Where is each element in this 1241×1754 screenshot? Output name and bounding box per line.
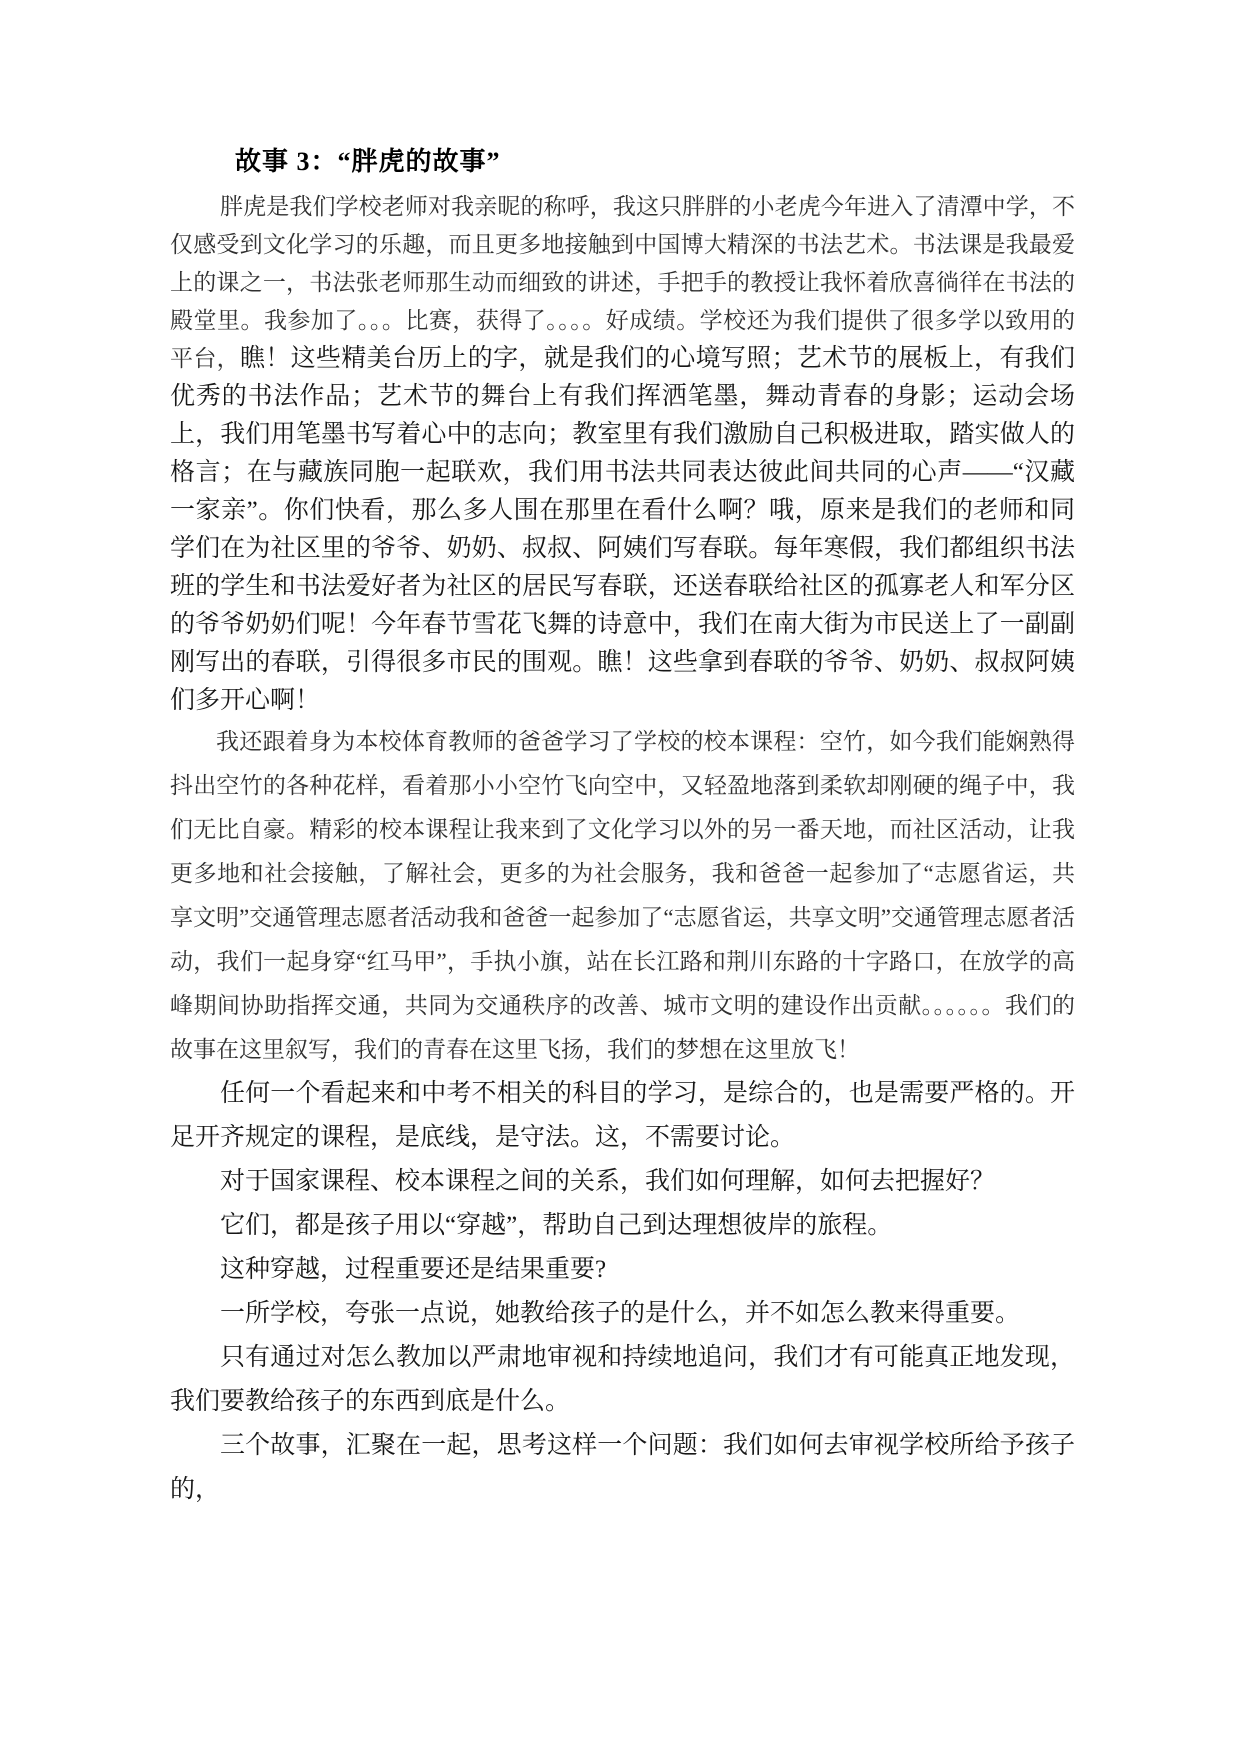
paragraph-question-relation: 对于国家课程、校本课程之间的关系，我们如何理解，如何去把握好？ <box>170 1160 1075 1204</box>
paragraph-kongzhu: 我还跟着身为本校体育教师的爸爸学习了学校的校本课程：空竹，如今我们能娴熟得抖出空… <box>170 720 1075 1072</box>
paragraph-process-or-result: 这种穿越，过程重要还是结果重要? <box>170 1248 1075 1292</box>
paragraph-chuanyue: 它们，都是孩子用以“穿越”，帮助自己到达理想彼岸的旅程。 <box>170 1204 1075 1248</box>
paragraph-examine: 只有通过对怎么教加以严肃地审视和持续地追问，我们才有可能真正地发现，我们要教给孩… <box>170 1336 1075 1424</box>
document-page: 故事 3：“胖虎的故事” 胖虎是我们学校老师对我亲昵的称呼，我这只胖胖的小老虎今… <box>0 0 1241 1754</box>
paragraph-curriculum-baseline: 任何一个看起来和中考不相关的科目的学习，是综合的，也是需要严格的。开足开齐规定的… <box>170 1072 1075 1160</box>
paragraph-story3-body: 胖虎是我们学校老师对我亲昵的称呼，我这只胖胖的小老虎今年进入了清潭中学，不仅感受… <box>170 188 1075 720</box>
paragraph-three-stories: 三个故事，汇聚在一起，思考这样一个问题：我们如何去审视学校所给予孩子的， <box>170 1424 1075 1512</box>
document-title: 故事 3：“胖虎的故事” <box>170 146 1075 178</box>
story3-songti-segment: 瞧！这些精美台历上的字，就是我们的心境写照；艺术节的展板上，有我们优秀的书法作品… <box>170 345 1075 714</box>
paragraph-how-to-teach: 一所学校，夸张一点说，她教给孩子的是什么，并不如怎么教来得重要。 <box>170 1292 1075 1336</box>
